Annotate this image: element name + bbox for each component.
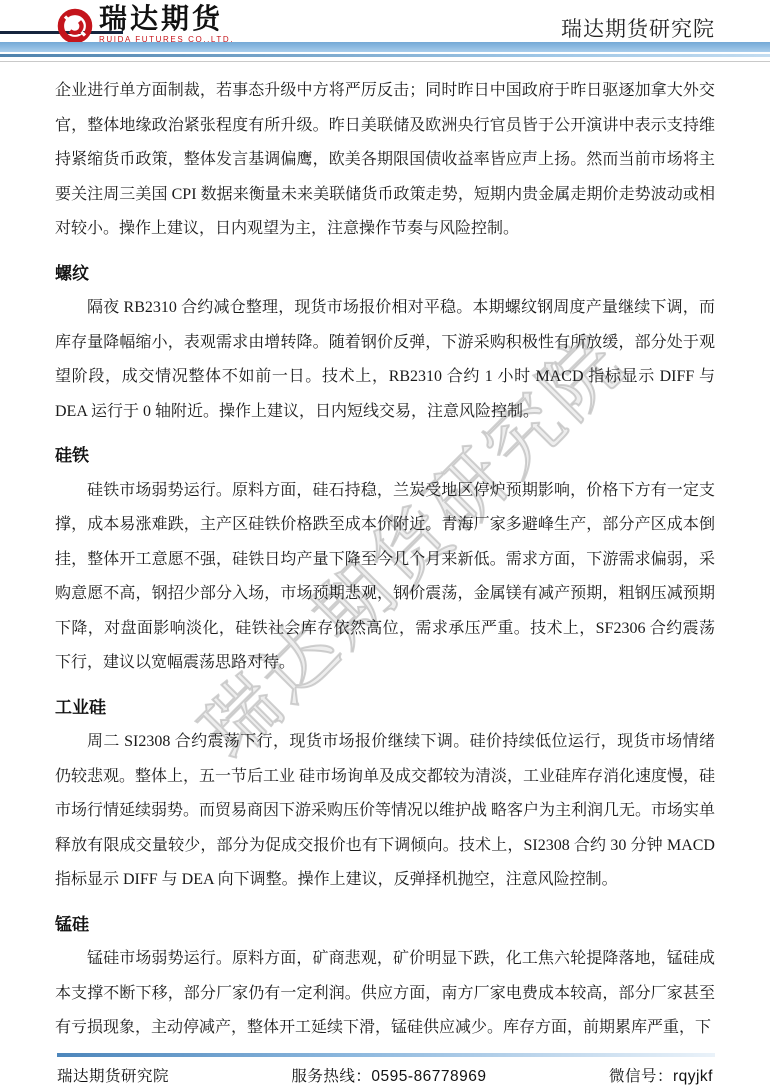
footer-row: 瑞达期货研究院 服务热线：0595-86778969 微信号：rqyjkf xyxy=(57,1064,713,1086)
report-page: 瑞达期货 RUIDA FUTURES CO.,LTD. 瑞达期货研究院 瑞达期货… xyxy=(0,0,770,1090)
page-footer: 瑞达期货研究院 服务热线：0595-86778969 微信号：rqyjkf xyxy=(0,1050,770,1090)
page-header: 瑞达期货 RUIDA FUTURES CO.,LTD. 瑞达期货研究院 xyxy=(0,0,770,64)
section-heading-ferrosilicon: 硅铁 xyxy=(55,439,715,474)
logo-brand-cn: 瑞达期货 xyxy=(99,4,234,34)
ruida-emblem-icon xyxy=(55,6,95,46)
footer-institute: 瑞达期货研究院 xyxy=(57,1064,169,1086)
header-institute-title: 瑞达期货研究院 xyxy=(561,13,715,43)
band-main xyxy=(0,42,770,52)
footer-wechat: 微信号：rqyjkf xyxy=(609,1064,713,1086)
footer-hotline: 服务热线：0595-86778969 xyxy=(291,1064,486,1086)
section-body-industrial-silicon: 周二 SI2308 合约震荡下行，现货市场报价继续下调。硅价持续低位运行，现货市… xyxy=(55,725,715,898)
logo-text: 瑞达期货 RUIDA FUTURES CO.,LTD. xyxy=(99,4,234,44)
section-body-rebar: 隔夜 RB2310 合约减仓整理，现货市场报价相对平稳。本期螺纹钢周度产量继续下… xyxy=(55,291,715,429)
section-heading-manganese-silicon: 锰硅 xyxy=(55,908,715,943)
section-heading-industrial-silicon: 工业硅 xyxy=(55,691,715,726)
report-body: 企业进行单方面制裁，若事态升级中方将严厉反击；同时昨日中国政府于昨日驱逐加拿大外… xyxy=(55,74,715,1046)
header-divider-band xyxy=(0,42,770,62)
section-heading-rebar: 螺纹 xyxy=(55,257,715,292)
section-body-ferrosilicon: 硅铁市场弱势运行。原料方面，硅石持稳，兰炭受地区停炉预期影响，价格下方有一定支撑… xyxy=(55,474,715,681)
intro-paragraph: 企业进行单方面制裁，若事态升级中方将严厉反击；同时昨日中国政府于昨日驱逐加拿大外… xyxy=(55,74,715,247)
footer-divider-line xyxy=(57,1053,715,1057)
company-logo: 瑞达期货 RUIDA FUTURES CO.,LTD. xyxy=(55,4,234,46)
band-hairline xyxy=(0,61,770,62)
section-body-manganese-silicon: 锰硅市场弱势运行。原料方面，矿商悲观，矿价明显下跌，化工焦六轮提降落地，锰硅成本… xyxy=(55,942,715,1046)
band-sub-line xyxy=(0,54,770,57)
